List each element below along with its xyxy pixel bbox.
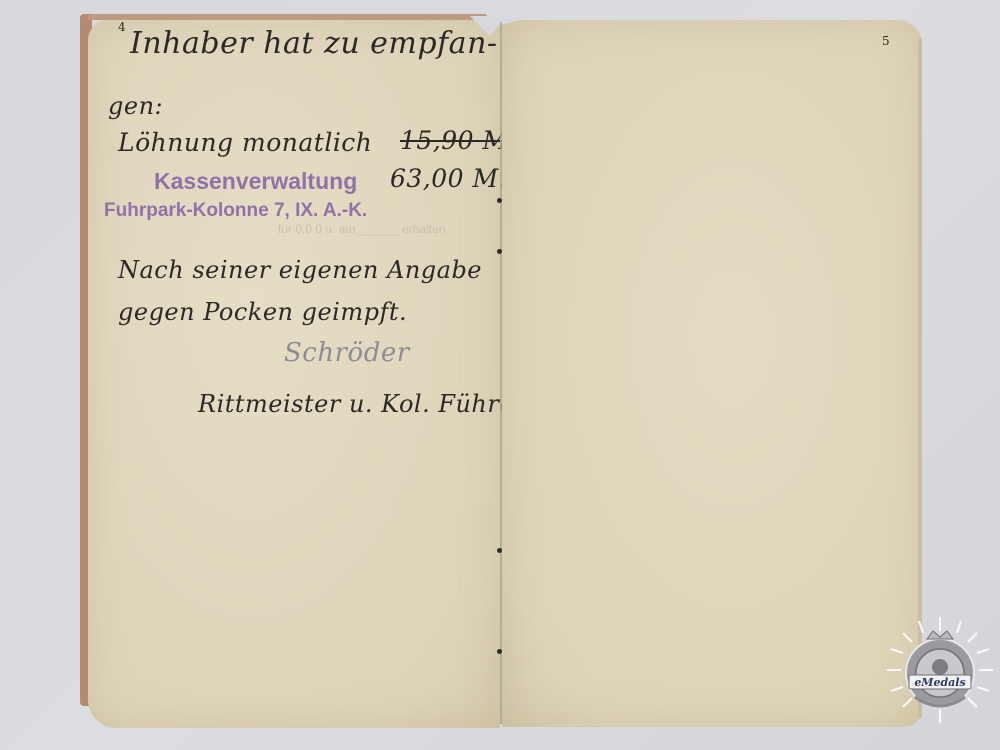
signature: Schröder	[284, 338, 410, 368]
binding-stitch	[497, 548, 502, 553]
faint-preprinted-text: für 0,0 0 u. am ______ erhalten	[278, 222, 445, 236]
binding-stitch	[497, 249, 502, 254]
page-number-left: 4	[118, 20, 126, 34]
open-document: 4 Inhaber hat zu empfan- gen: Löhnung mo…	[0, 0, 1000, 750]
handwriting-line-2: gen:	[108, 92, 163, 120]
right-page: 5	[502, 20, 922, 727]
handwriting-pay-new: 63,00 M.	[390, 164, 507, 193]
emedals-badge-icon: eMedals	[885, 615, 995, 725]
stamp-line-1: Kassenverwaltung	[154, 168, 357, 195]
stamp-line-2: Fuhrpark-Kolonne 7, IX. A.-K.	[104, 200, 367, 222]
emedals-watermark: eMedals	[885, 615, 995, 725]
handwriting-line-1: Inhaber hat zu empfan-	[130, 26, 498, 61]
handwriting-line-5: gegen Pocken geimpft.	[118, 298, 407, 326]
handwriting-line-6: Rittmeister u. Kol. Führer	[198, 390, 526, 418]
svg-text:eMedals: eMedals	[914, 676, 965, 689]
spine-fold	[500, 22, 502, 724]
left-page: 4 Inhaber hat zu empfan- gen: Löhnung mo…	[88, 20, 500, 728]
handwriting-line-4: Nach seiner eigenen Angabe	[118, 256, 482, 284]
binding-stitch	[497, 198, 502, 203]
binding-stitch	[497, 649, 502, 654]
page-number-right: 5	[882, 34, 890, 48]
handwriting-pay-label: Löhnung monatlich	[118, 128, 372, 157]
